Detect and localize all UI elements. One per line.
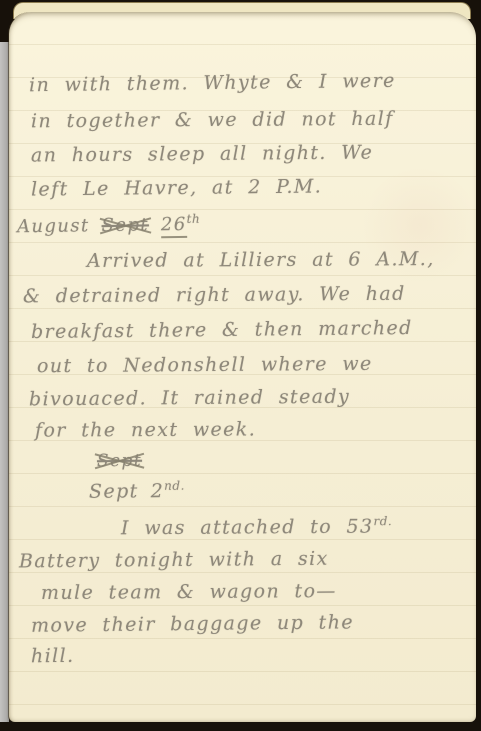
handwritten-line-1: in with them. Whyte & I were xyxy=(29,70,396,96)
crossed-out-word: Sept xyxy=(97,451,142,471)
handwritten-line-7: & detrained right away. We had xyxy=(23,283,406,308)
ordinal-suffix: rd. xyxy=(373,514,392,528)
handwritten-line-15: Battery tonight with a six xyxy=(19,548,329,573)
handwritten-line-16: mule team & wagon to— xyxy=(41,580,337,604)
day-number: 26 xyxy=(161,214,187,238)
handwritten-line-3: an hours sleep all night. We xyxy=(31,142,373,167)
book-edge-strip xyxy=(0,42,9,722)
handwritten-line-6: Arrived at Lilliers at 6 A.M., xyxy=(87,248,435,272)
ordinal-suffix: th xyxy=(186,212,200,226)
date-heading-august-26: AugustSept26th xyxy=(17,212,201,238)
month-word: Sept xyxy=(89,480,139,502)
handwritten-line-4: left Le Havre, at 2 P.M. xyxy=(31,175,322,200)
handwritten-line-10: bivouaced. It rained steady xyxy=(29,386,350,411)
day-number: 2 xyxy=(151,480,165,502)
ordinal-suffix: nd. xyxy=(164,479,185,493)
handwritten-line-2: in together & we did not half xyxy=(31,108,394,133)
handwritten-line-11: for the next week. xyxy=(35,418,256,441)
handwritten-line-18: hill. xyxy=(31,645,75,667)
date-heading-sept-2: Sept2nd. xyxy=(89,479,185,503)
line-text: I was attached to 53 xyxy=(121,516,374,540)
handwritten-line-8: breakfast there & then marched xyxy=(31,317,413,343)
handwritten-line-9: out to Nedonshell where we xyxy=(37,353,373,377)
scanned-notebook-photo: { "colors": { "paper": "#f7f0d8", "penci… xyxy=(0,0,481,731)
crossed-out-sept: Sept xyxy=(97,451,142,471)
crossed-out-word: Sept xyxy=(101,214,149,236)
month-word: August xyxy=(17,215,90,237)
handwritten-line-14: I was attached to 53rd. xyxy=(121,514,392,539)
handwritten-line-17: move their baggage up the xyxy=(31,611,354,636)
notebook-page: in with them. Whyte & I were in together… xyxy=(9,12,476,722)
